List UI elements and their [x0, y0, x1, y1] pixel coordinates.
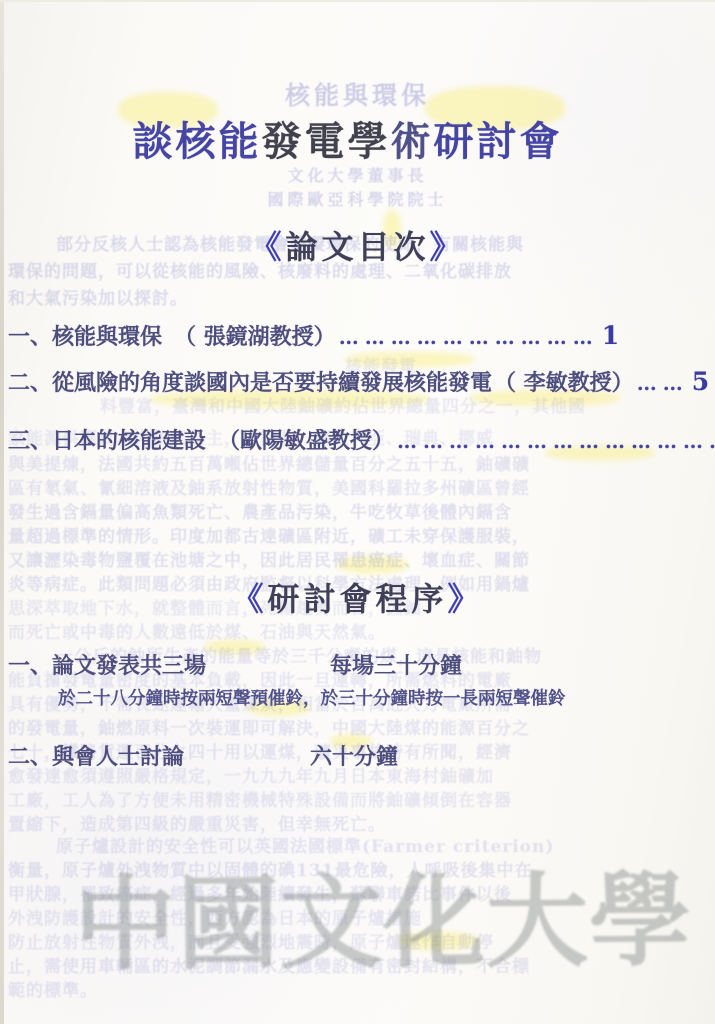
program-item-label: 一、論文發表共三場: [8, 653, 206, 679]
program-item-duration: 每場三十分鐘: [330, 649, 462, 680]
toc-item-label: 二、從風險的角度談國內是否要持續發展核能發電: [8, 366, 492, 397]
title-part: 談核能: [133, 118, 262, 165]
title-part: 發電學: [262, 118, 391, 165]
document-content: 談核能發電學術研討會 《論文目次》 一、核能與環保 （ 張鏡湖教授） ………………: [0, 0, 715, 1024]
title-part: 術: [391, 118, 434, 165]
toc-page-number: 1: [602, 321, 619, 350]
heading-open-bracket: 《: [249, 228, 285, 266]
heading-close-bracket: 》: [430, 228, 466, 266]
toc-item-author: （ 李敏教授）: [494, 366, 634, 397]
program-item-1: 一、論文發表共三場 每場三十分鐘: [8, 649, 707, 680]
toc-item-1: 一、核能與環保 （ 張鏡湖教授） ………………………… 1: [8, 320, 619, 351]
toc-item-label: 一、核能與環保: [8, 320, 162, 351]
scanned-document-page: 核能與環保文化大學董事長國際歐亞科學院院士部分反核人士認為核能發電會妨礙環保的使…: [0, 0, 715, 1024]
toc-dot-leader: …………………………: [339, 325, 599, 349]
heading-open-bracket: 《: [231, 580, 267, 618]
toc-item-author: （ 張鏡湖教授）: [174, 320, 336, 351]
toc-item-label: 三、日本的核能建設: [8, 424, 206, 455]
toc-dot-leader: ……: [637, 371, 689, 395]
toc-section-heading: 《論文目次》: [0, 222, 715, 268]
document-title: 談核能發電學術研討會: [0, 110, 715, 167]
program-item-2: 二、與會人士討論 六十分鐘: [8, 740, 707, 771]
program-heading-text: 研討會程序: [267, 580, 447, 618]
toc-item-3: 三、日本的核能建設 （歐陽敏盛教授） …………………………………… 15: [8, 424, 715, 455]
program-bell-note: 於二十八分鐘時按兩短聲預催鈴，於三十分鐘時按一長兩短聲催鈴: [58, 685, 566, 710]
toc-item-author: （歐陽敏盛教授）: [218, 424, 394, 455]
toc-heading-text: 論文目次: [285, 228, 429, 266]
program-item-label: 二、與會人士討論: [8, 744, 184, 770]
toc-item-2: 二、從風險的角度談國內是否要持續發展核能發電 （ 李敏教授） …… 5: [8, 366, 709, 397]
program-item-duration: 六十分鐘: [310, 740, 398, 771]
heading-close-bracket: 》: [448, 580, 484, 618]
toc-page-number: 5: [692, 367, 709, 396]
toc-dot-leader: ……………………………………: [397, 429, 715, 453]
program-section-heading: 《研討會程序》: [0, 574, 715, 620]
title-part: 研討會: [434, 118, 563, 165]
